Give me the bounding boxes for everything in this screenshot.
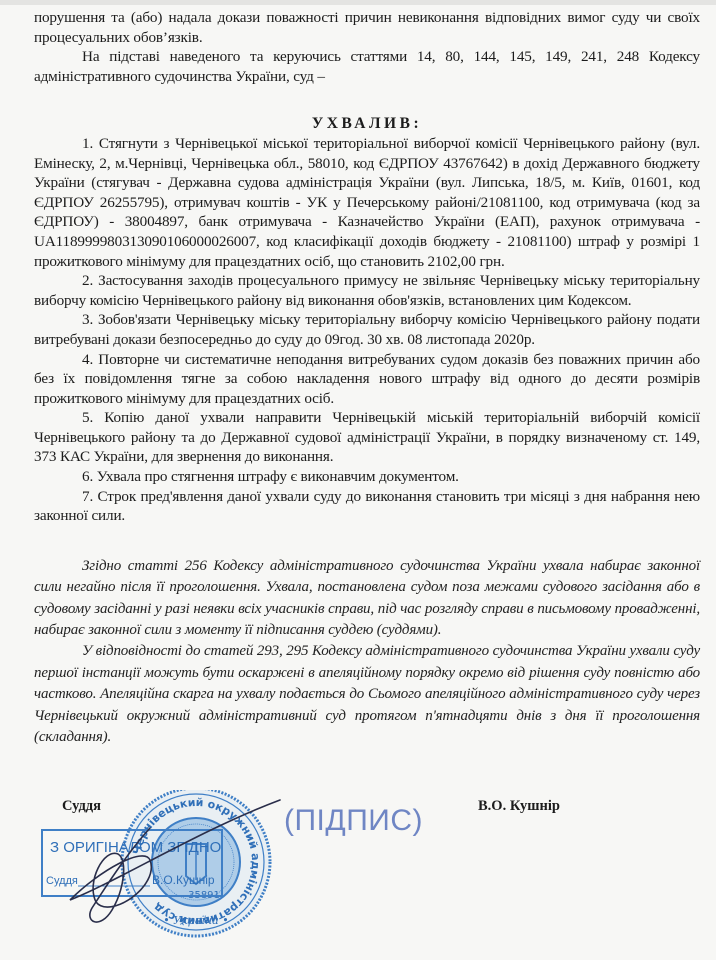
ruling-item-6: 6. Ухвала про стягнення штрафу є виконав… <box>34 467 700 487</box>
ruling-heading: УХВАЛИВ: <box>34 114 700 134</box>
ruling-item-7: 7. Строк пред'явлення даної ухвали суду … <box>34 487 700 526</box>
intro-paragraph-2: На підставі наведеного та керуючись стат… <box>34 47 700 86</box>
signature-placeholder: (ПІДПИС) <box>284 804 423 838</box>
intro-paragraph-1: порушення та (або) надала докази поважно… <box>34 8 700 47</box>
note-appeal: У відповідності до статей 293, 295 Кодек… <box>34 641 700 748</box>
court-stamp-icon: Чернівецький окружний адміністративний с… <box>0 790 320 960</box>
document-page: порушення та (або) надала докази поважно… <box>34 8 700 749</box>
ruling-item-5: 5. Копію даної ухвали направити Чернівец… <box>34 408 700 467</box>
svg-text:Суддя: Суддя <box>46 875 78 887</box>
judge-name: В.О. Кушнір <box>478 798 560 815</box>
svg-text:В.О.Кушнір: В.О.Кушнір <box>152 873 215 887</box>
ruling-item-3: 3. Зобов'язати Чернівецьку міську терито… <box>34 310 700 349</box>
page-top-edge <box>0 0 716 5</box>
ruling-item-1: 1. Стягнути з Чернівецької міської терит… <box>34 134 700 271</box>
judge-label: Суддя <box>62 798 101 815</box>
note-legal-force: Згідно статті 256 Кодексу адміністративн… <box>34 556 700 642</box>
ruling-item-4: 4. Повторне чи систематичне неподання ви… <box>34 350 700 409</box>
svg-text:• Україна •: • Україна • <box>163 914 228 927</box>
signature-block: Чернівецький окружний адміністративний с… <box>0 790 716 960</box>
ruling-item-2: 2. Застосування заходів процесуального п… <box>34 271 700 310</box>
spacer <box>34 526 700 556</box>
svg-text:З ОРИГІНАЛОМ ЗГІДНО: З ОРИГІНАЛОМ ЗГІДНО <box>50 839 221 856</box>
